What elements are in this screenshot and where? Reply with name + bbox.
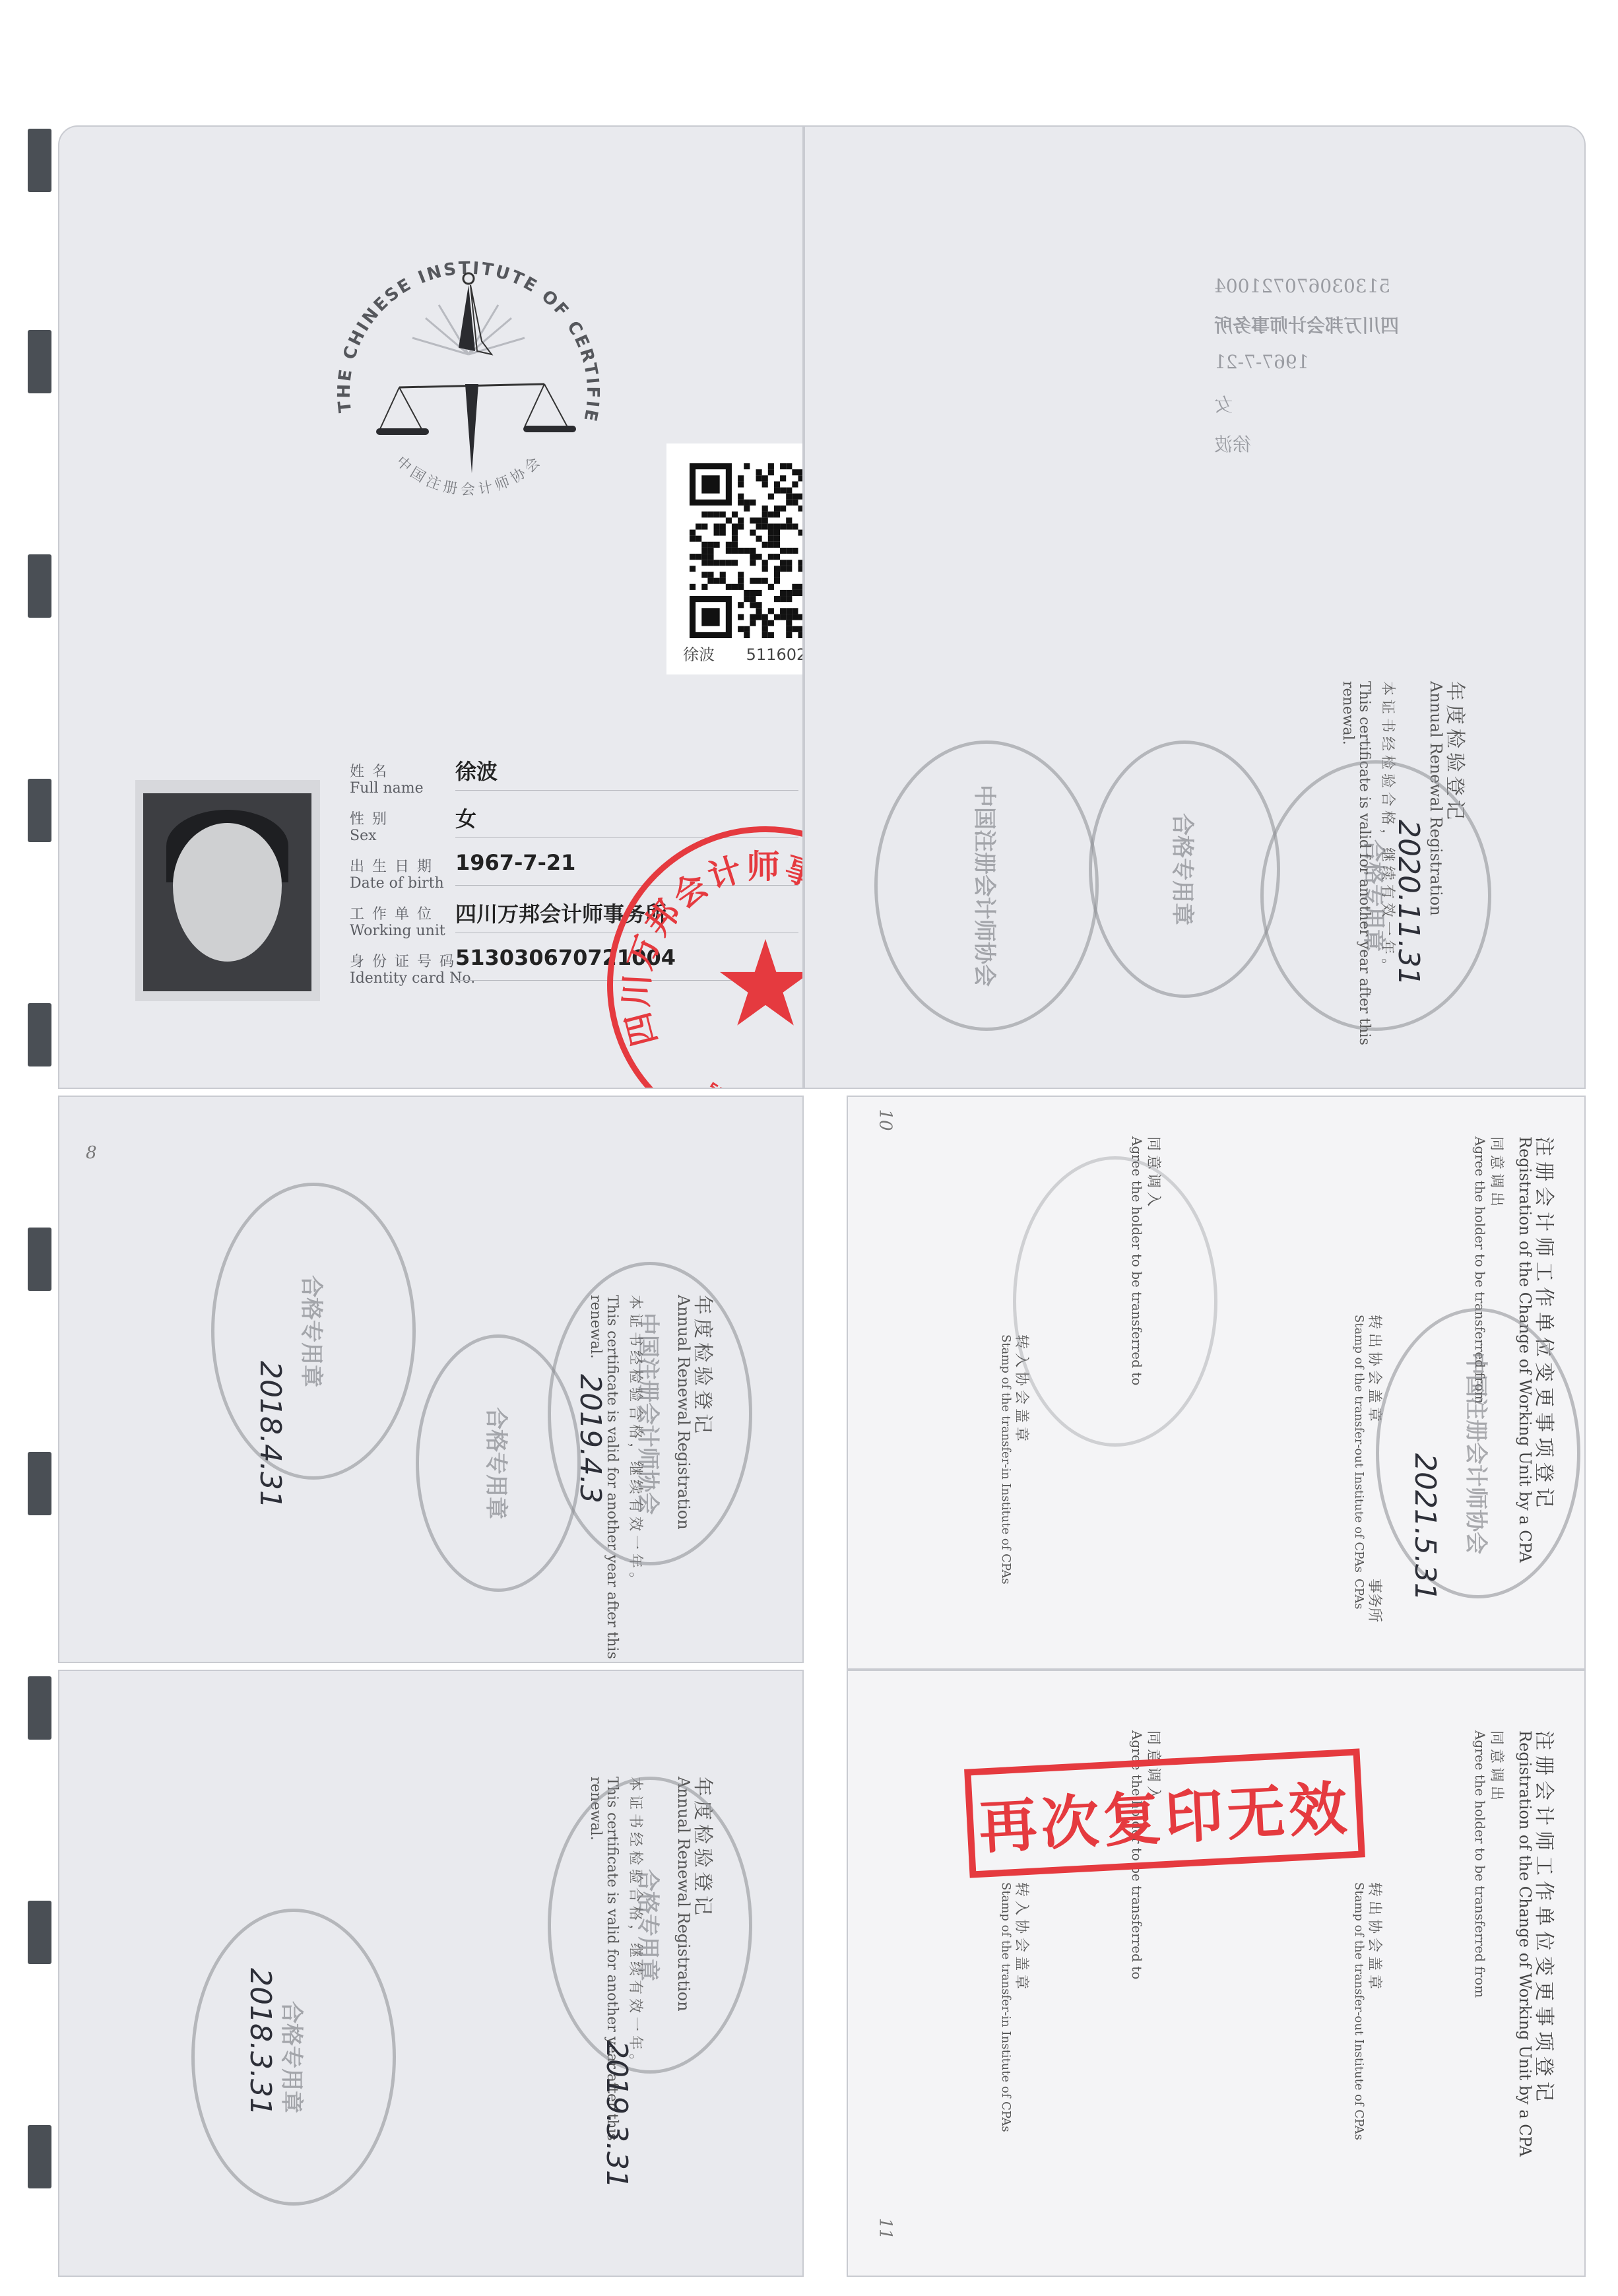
field-label-cn: 性别 xyxy=(350,808,395,828)
stamp-text: 合格专用章 xyxy=(278,2001,310,2113)
stamp-org-text: 中国注册会计师协会 xyxy=(1462,1352,1495,1554)
stamp-text: 合格专用章 xyxy=(298,1275,330,1387)
binder-hole xyxy=(28,330,51,393)
renewal-stamp: 合格专用章 xyxy=(548,1777,752,2074)
binder-hole xyxy=(28,554,51,618)
annual-renewal-page-mid: 8 年度检验登记 Annual Renewal Registration 本证书… xyxy=(58,1096,804,1663)
field-label-en: Sex xyxy=(350,828,377,844)
company-seal: 四川万邦会计师事务所有限公司 5101040547515 ★ xyxy=(607,826,804,1089)
qr-caption-name: 徐波 xyxy=(683,645,715,664)
annual-renewal-page-top: 513030670721004 四川万邦会计师事务所 1967-7-21 女 徐… xyxy=(804,125,1586,1089)
transfer-stamp: 中国注册会计师协会 xyxy=(1376,1308,1580,1598)
transfer-out-cn: 同意调出 xyxy=(1487,1730,1508,1804)
binder-hole xyxy=(28,1228,51,1291)
binder-hole xyxy=(28,1452,51,1515)
out-stamp-cn: 转出协会盖章 xyxy=(1365,1882,1386,1993)
bleed-through-line: 513030670721004 xyxy=(1214,275,1390,297)
binder-hole xyxy=(28,1003,51,1066)
renewal-stamp: 合格专用章 xyxy=(1260,760,1491,1031)
qr-code-block: 徐波 511602952635 xyxy=(666,443,804,674)
qr-caption-number: 511602952635 xyxy=(746,645,804,664)
binder-hole xyxy=(28,1676,51,1740)
handwritten-renewal-date: 2019.4.3 xyxy=(573,1374,607,1503)
out-stamp-en: Stamp of the transfer-out Institute of C… xyxy=(1352,1315,1366,1573)
binder-hole xyxy=(28,779,51,842)
field-value: 徐波 xyxy=(455,755,498,785)
renewal-stamp: 合格专用章 xyxy=(191,1909,396,2206)
binder-hole xyxy=(28,1901,51,1964)
holder-photo xyxy=(135,780,320,1001)
transfer-stamp xyxy=(1013,1156,1217,1447)
copy-invalid-stamp: 再次复印无效 xyxy=(964,1748,1365,1878)
cicpa-logo-icon: THE CHINESE INSTITUTE OF CERTIFIED PUBLI… xyxy=(313,222,624,513)
company-seal-number: 5101040547515 xyxy=(704,1078,804,1089)
firm-label-cn: 事务所 xyxy=(1365,1579,1386,1622)
stamp-org-text: 中国注册会计师协会 xyxy=(634,1313,666,1515)
transfer-out-cn: 同意调出 xyxy=(1487,1136,1508,1210)
change-registration-page-10: 10 注册会计师工作单位变更事项登记 Registration of the C… xyxy=(847,1096,1586,1670)
field-label-cn: 工作单位 xyxy=(350,903,439,923)
in-stamp-en: Stamp of the transfer-in Institute of CP… xyxy=(999,1882,1013,2132)
handwritten-renewal-date: 2020.11.31 xyxy=(1392,820,1425,986)
field-label-en: Date of birth xyxy=(350,875,444,892)
handwritten-renewal-date: 2019.3.31 xyxy=(600,2041,633,2188)
logo-institute-en: THE CHINESE INSTITUTE OF CERTIFIED PUBLI… xyxy=(313,222,602,425)
firm-label-en: CPAs xyxy=(1352,1579,1366,1609)
stamp-text: 合格专用章 xyxy=(1360,839,1392,952)
holder-info-page: THE CHINESE INSTITUTE OF CERTIFIED PUBLI… xyxy=(58,125,804,1089)
copy-invalid-text: 再次复印无效 xyxy=(977,1762,1353,1864)
transfer-out-en: Agree the holder to be transferred from xyxy=(1472,1730,1488,1998)
page-number: 10 xyxy=(876,1109,895,1131)
field-label-en: Identity card No. xyxy=(350,970,475,987)
field-label-cn: 姓名 xyxy=(350,760,395,781)
binder-hole xyxy=(28,129,51,192)
star-icon: ★ xyxy=(712,925,804,1044)
stamp-text: 合格专用章 xyxy=(482,1407,515,1519)
in-stamp-cn: 转入协会盖章 xyxy=(1012,1882,1033,1993)
stamp-text: 合格专用章 xyxy=(634,1869,666,1981)
page-number: 11 xyxy=(876,2217,895,2239)
bleed-through-line: 徐波 xyxy=(1214,430,1251,457)
change-title-en: Registration of the Change of Working Un… xyxy=(1516,1730,1534,2157)
field-value: 1967-7-21 xyxy=(455,850,575,875)
stamp-org-text: 中国注册会计师协会 xyxy=(971,785,1003,987)
field-label-en: Full name xyxy=(350,780,424,797)
renewal-stamp: 中国注册会计师协会 xyxy=(874,740,1099,1031)
logo-institute-cn: 中国注册会计师协会 xyxy=(393,451,546,498)
renewal-stamp: 合格专用章 xyxy=(1089,740,1280,998)
in-stamp-en: Stamp of the transfer-in Institute of CP… xyxy=(999,1334,1013,1585)
svg-text:5101040547515: 5101040547515 xyxy=(704,1078,804,1089)
field-label-cn: 身份证号码 xyxy=(350,950,462,971)
handwritten-renewal-date: 2018.3.31 xyxy=(243,1968,277,2116)
qr-code-icon xyxy=(690,463,804,638)
field-label-en: Working unit xyxy=(350,923,445,939)
certificate-scan: THE CHINESE INSTITUTE OF CERTIFIED PUBLI… xyxy=(58,125,1586,2277)
field-label-cn: 出生日期 xyxy=(350,855,439,876)
svg-text:THE CHINESE INSTITUTE OF CERTI: THE CHINESE INSTITUTE OF CERTIFIED PUBLI… xyxy=(313,222,602,425)
stamp-text: 合格专用章 xyxy=(1169,813,1201,925)
handwritten-renewal-date: 2018.4.31 xyxy=(253,1361,287,1509)
qr-caption: 徐波 511602952635 xyxy=(683,641,804,665)
bleed-through-line: 1967-7-21 xyxy=(1214,351,1309,373)
annual-renewal-page-bottom: 年度检验登记 Annual Renewal Registration 本证书经检… xyxy=(58,1670,804,2277)
bleed-through-line: 女 xyxy=(1214,391,1233,417)
renewal-stamp: 合格专用章 xyxy=(211,1183,416,1480)
svg-text:中国注册会计师协会: 中国注册会计师协会 xyxy=(393,451,546,498)
change-title-cn: 注册会计师工作单位变更事项登记 xyxy=(1532,1730,1561,2107)
handwritten-change-date: 2021.5.31 xyxy=(1408,1453,1442,1601)
field-value: 女 xyxy=(455,803,476,833)
bleed-through-line: 四川万邦会计师事务所 xyxy=(1214,312,1399,338)
out-stamp-en: Stamp of the transfer-out Institute of C… xyxy=(1352,1882,1366,2140)
binder-hole xyxy=(28,2125,51,2188)
